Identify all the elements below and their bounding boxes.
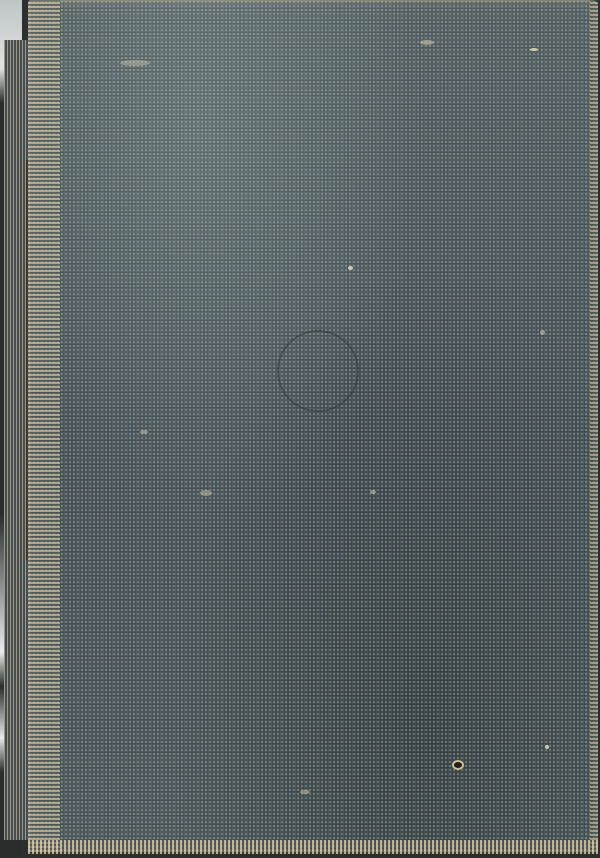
wear-speck (530, 48, 538, 51)
book-photo (0, 0, 600, 858)
frayed-spine-edge (28, 0, 60, 852)
wear-speck (545, 745, 549, 749)
worn-bottom-edge (28, 840, 598, 854)
wear-speck (420, 40, 434, 45)
wear-speck (120, 60, 150, 66)
wear-speck (540, 330, 545, 335)
wear-speck (200, 490, 212, 496)
cover-hole (454, 762, 462, 768)
wear-speck (370, 490, 376, 494)
wear-speck (348, 266, 353, 270)
book-cover (28, 0, 598, 852)
wear-speck (300, 790, 310, 794)
wear-speck (140, 430, 148, 434)
worn-right-edge (590, 0, 598, 852)
blind-stamped-emblem-icon (277, 330, 359, 412)
